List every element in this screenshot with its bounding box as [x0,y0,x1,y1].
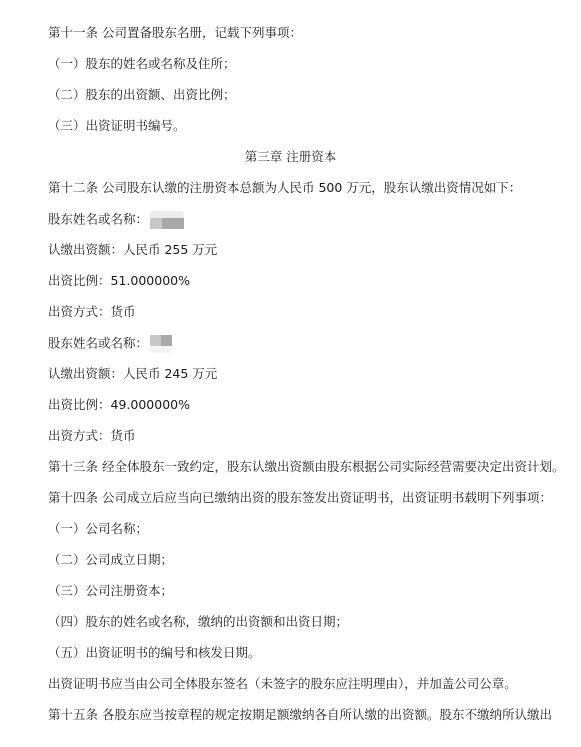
article-12: 第十二条 公司股东认缴的注册资本总额为人民币 500 万元，股东认缴出资情况如下… [48,180,521,196]
shareholder-name-row-1: 股东姓名或名称： [48,211,184,229]
chapter-heading: 第三章 注册资本 [0,149,581,165]
certificate-signing-note: 出资证明书应当由公司全体股东签名（未签字的股东应注明理由），并加盖公司公章。 [48,676,517,692]
list-item: （一）股东的姓名或名称及住所； [48,56,236,72]
subscribed-amount-2: 认缴出资额：人民币 245 万元 [48,366,217,382]
shareholder-name-label: 股东姓名或名称： [48,212,148,227]
list-item: （一）公司名称； [48,521,148,537]
subscribed-amount-1: 认缴出资额：人民币 255 万元 [48,242,217,258]
contribution-method-1: 出资方式：货币 [48,304,136,320]
document-page: 第十一条 公司置备股东名册，记载下列事项： （一）股东的姓名或名称及住所； （二… [0,0,581,747]
article-13: 第十三条 经全体股东一致约定，股东认缴出资额由股东根据公司实际经营需要决定出资计… [48,459,564,475]
shareholder-name-row-2: 股东姓名或名称： [48,335,172,353]
list-item: （五）出资证明书的编号和核发日期。 [48,645,261,661]
redacted-name-block [150,335,172,353]
share-ratio-2: 出资比例：49.000000% [48,397,190,413]
redacted-name-block [150,211,184,229]
list-item: （二）公司成立日期； [48,552,173,568]
list-item: （二）股东的出资额、出资比例； [48,87,236,103]
list-item: （三）公司注册资本； [48,583,173,599]
article-14: 第十四条 公司成立后应当向已缴纳出资的股东签发出资证明书，出资证明书载明下列事项… [48,490,552,506]
article-15: 第十五条 各股东应当按章程的规定按期足额缴纳各自所认缴的出资额。股东不缴纳所认缴… [48,707,552,723]
list-item: （三）出资证明书编号。 [48,118,186,134]
share-ratio-1: 出资比例：51.000000% [48,273,190,289]
shareholder-name-label: 股东姓名或名称： [48,336,148,351]
list-item: （四）股东的姓名或名称，缴纳的出资额和出资日期； [48,614,348,630]
contribution-method-2: 出资方式：货币 [48,428,136,444]
article-11: 第十一条 公司置备股东名册，记载下列事项： [48,25,302,41]
